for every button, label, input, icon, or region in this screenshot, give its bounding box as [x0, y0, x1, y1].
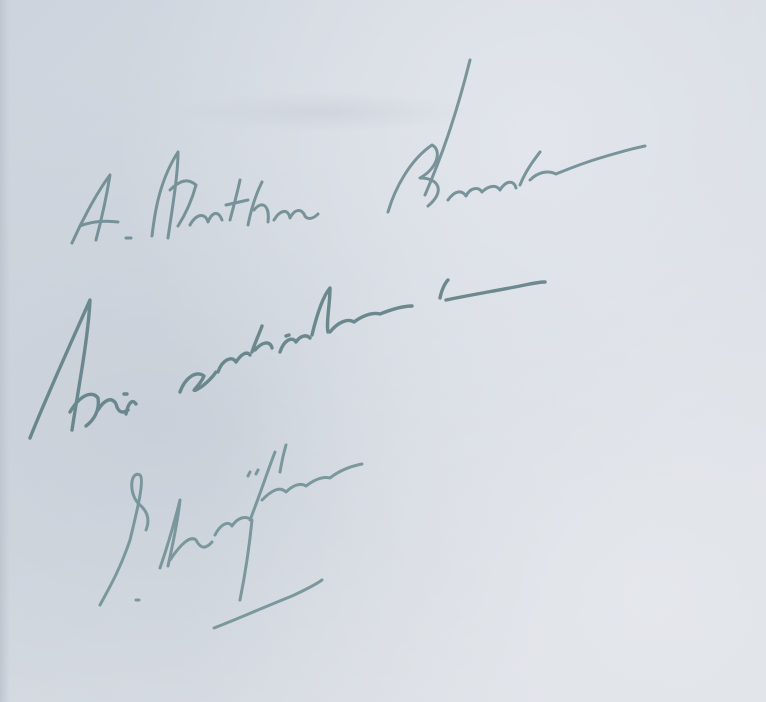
dedication-line-1-strokes	[72, 60, 645, 243]
dedication-line-2-strokes	[30, 280, 545, 438]
handwritten-dedication-photo: A. Nathan Berendsen bien cordialement G.…	[0, 0, 766, 702]
signature-strokes	[100, 445, 362, 628]
ink-strokes	[0, 0, 766, 702]
